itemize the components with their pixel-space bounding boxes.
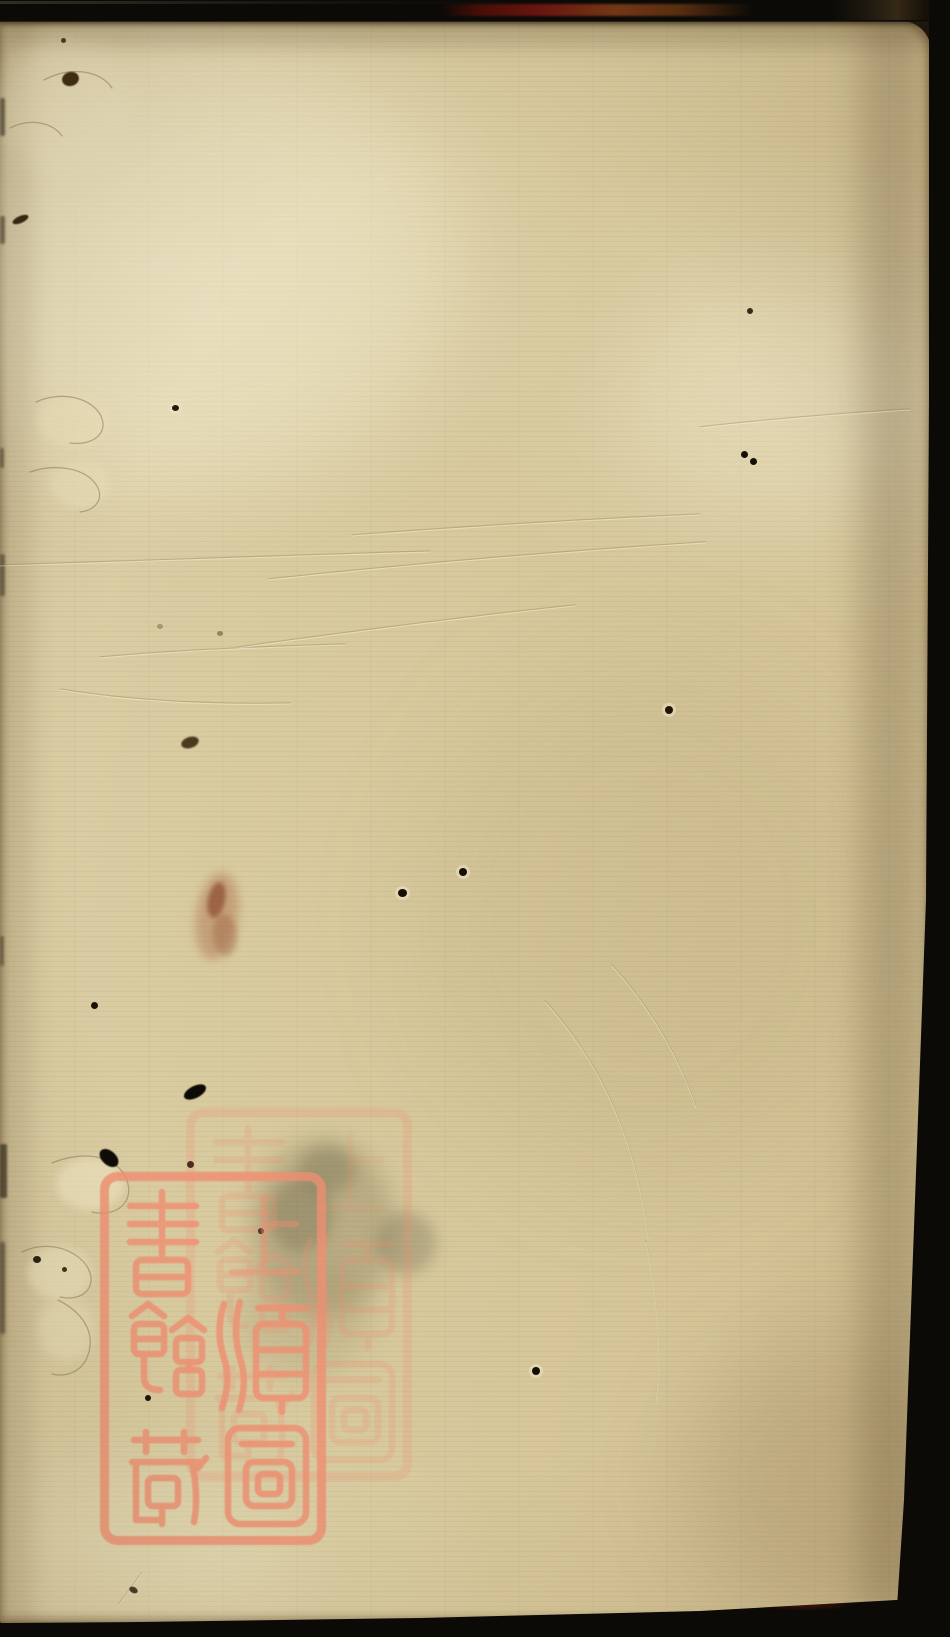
- seal-impression-main: [105, 1177, 322, 1541]
- book-scan: [0, 0, 950, 1637]
- library-seal-stamp: [88, 1092, 440, 1562]
- spine-red-streak: [440, 4, 755, 16]
- seal-impression-ghost: [191, 1113, 408, 1477]
- scan-background-top: [0, 0, 950, 21]
